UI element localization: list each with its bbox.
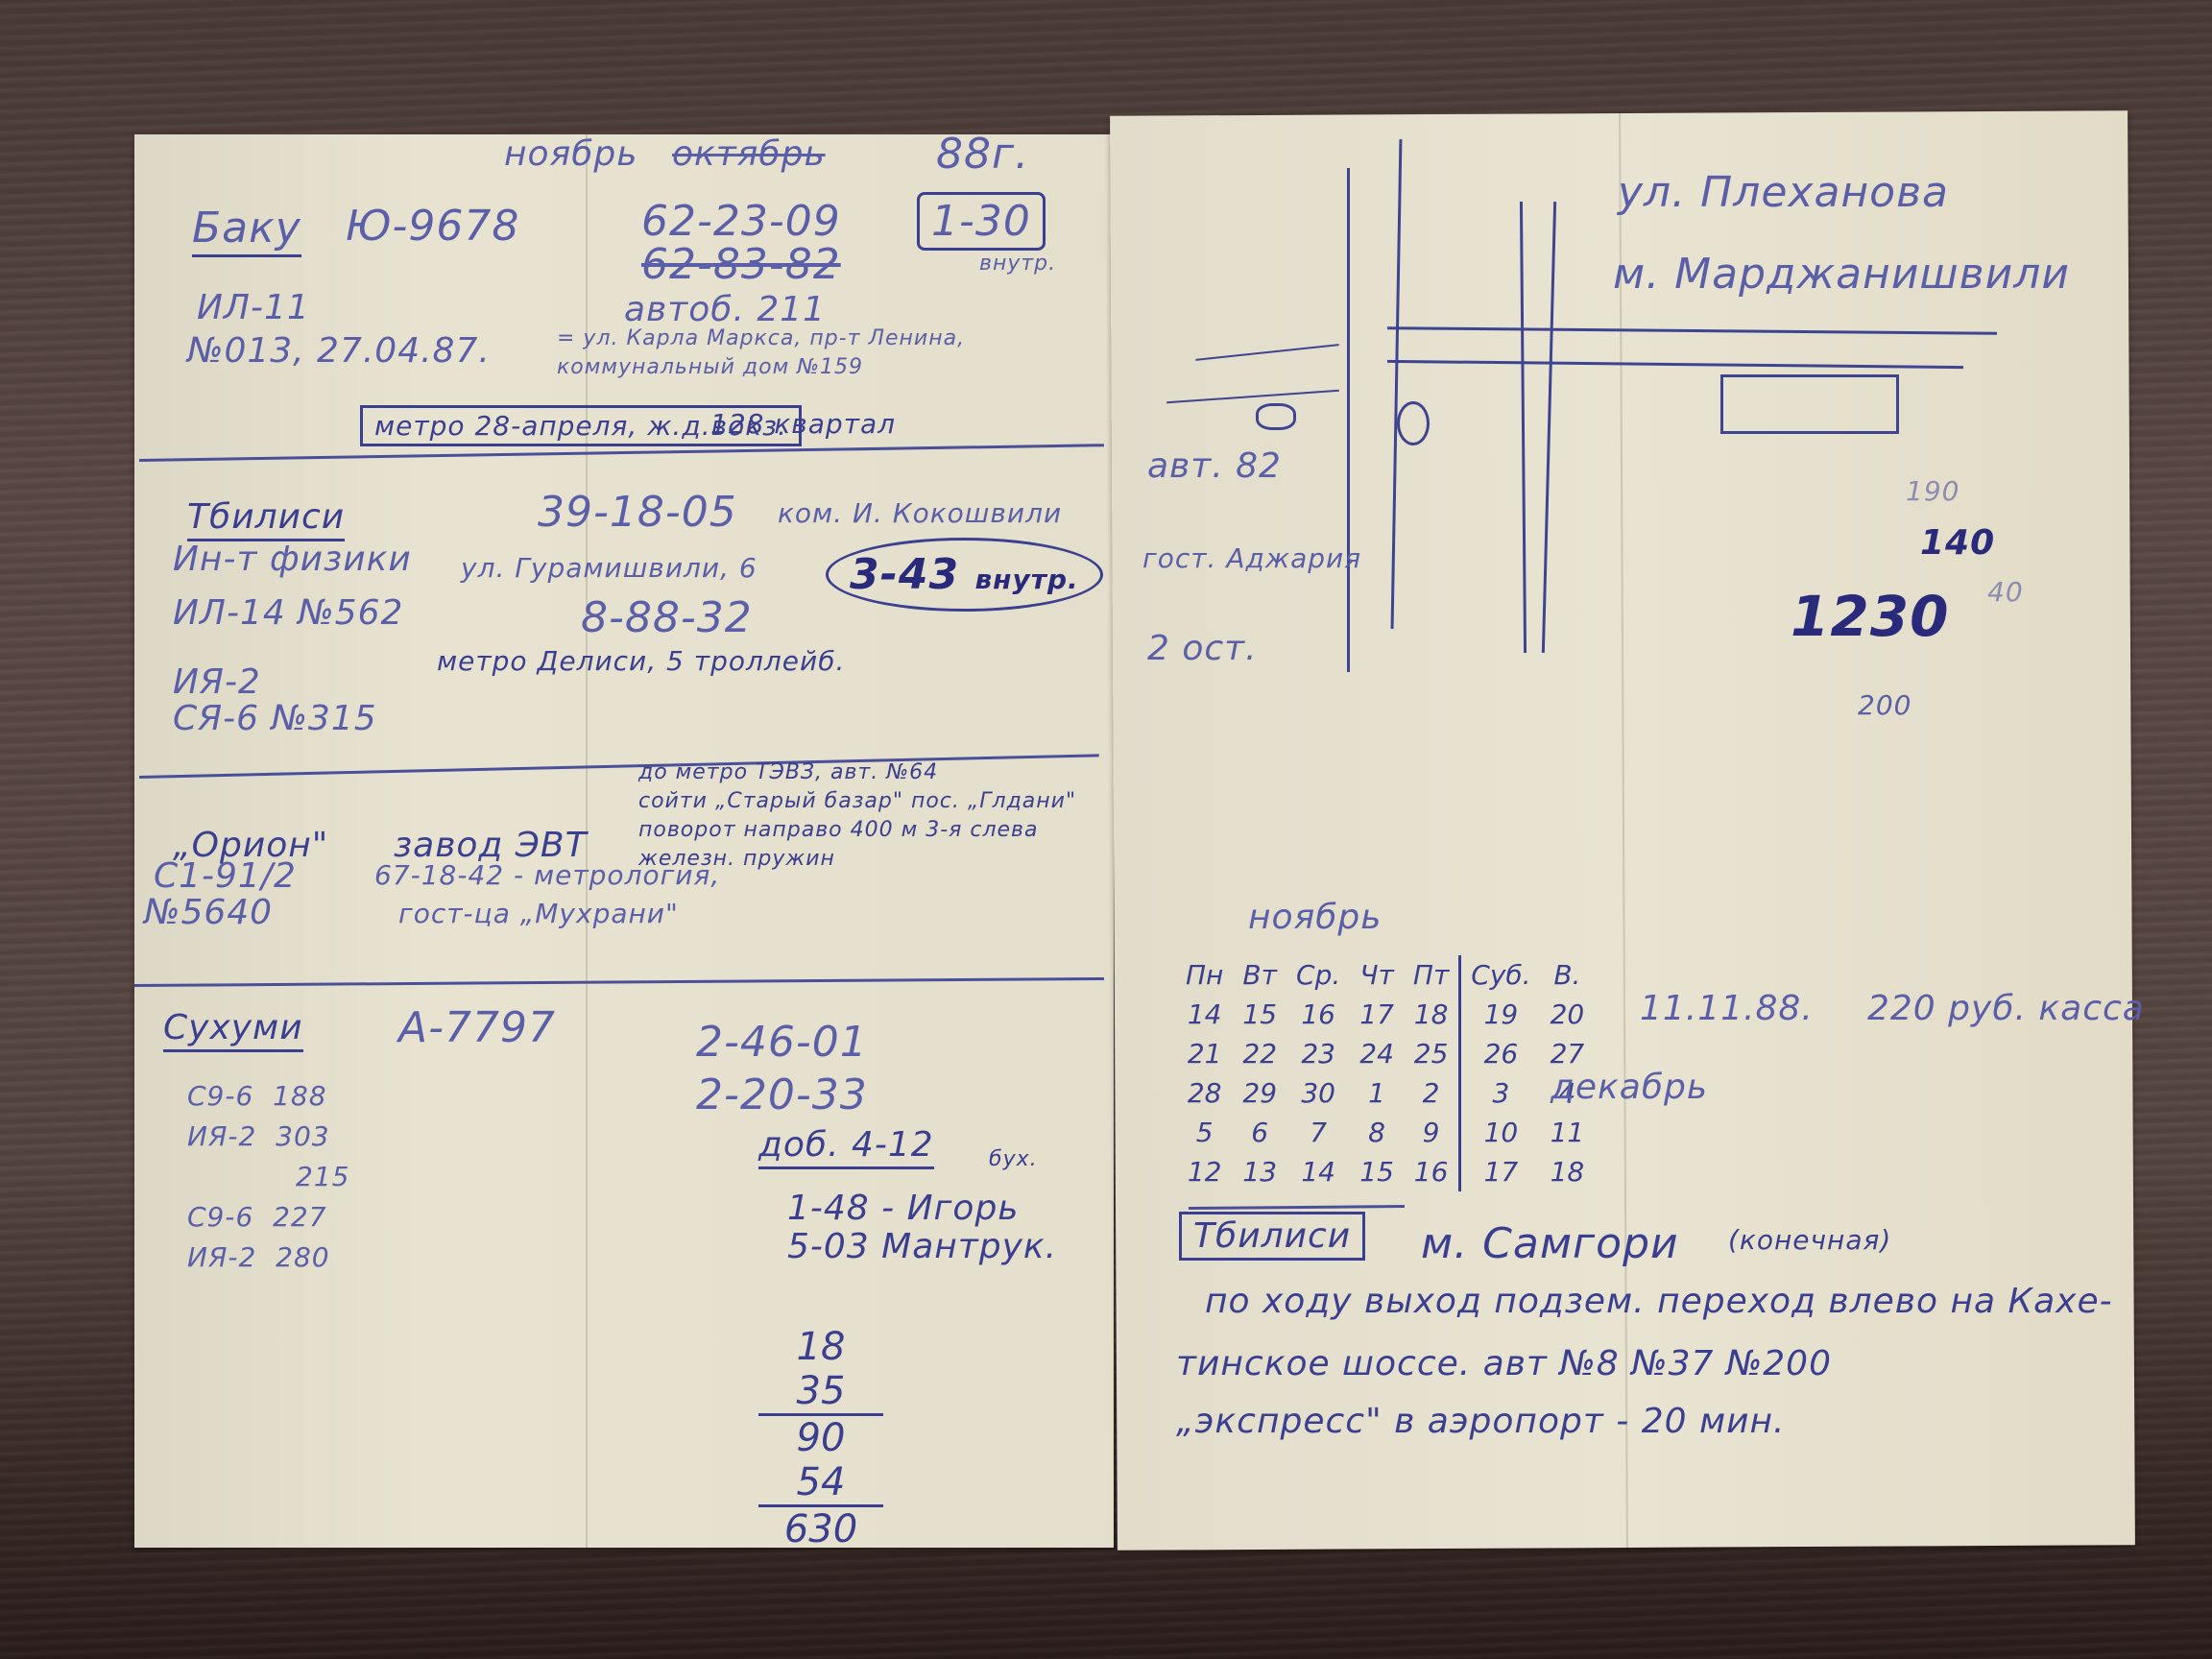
baku-bus: автоб. 211 (624, 290, 826, 329)
calendar-day: 24 (1350, 1034, 1404, 1073)
orion-route-3: поворот направо 400 м 3-я слева (638, 818, 1039, 842)
tally-190: 190 (1906, 475, 1960, 507)
baku-city: Баку (192, 204, 301, 257)
baku-phone: 62-23-09 (641, 197, 841, 246)
tally-200: 200 (1858, 689, 1911, 721)
calendar-month: ноябрь (1248, 898, 1382, 937)
entry-label: С9-6 (187, 1080, 253, 1112)
baku-extension-box: 1-30 (917, 192, 1046, 251)
calendar-week-row: 21 22 23 24 25 26 27 (1176, 1034, 1594, 1073)
calendar-day: 18 (1541, 1152, 1595, 1191)
calendar-day: 14 (1176, 995, 1233, 1034)
calendar-header: В. (1541, 955, 1595, 995)
sukhumi-contact-1: 1-48 - Игорь (787, 1189, 1020, 1228)
baku-aircraft: ИЛ-11 (197, 288, 310, 327)
baku-metro-note: 128 квартал (710, 408, 896, 440)
calendar-day: 23 (1286, 1034, 1350, 1073)
calendar-week-row: 12 13 14 15 16 17 18 (1176, 1152, 1594, 1191)
map-stop-marker (1397, 401, 1430, 445)
baku-address-1: = ул. Карла Маркса, пр-т Ленина, (557, 326, 965, 350)
calendar-day: 28 (1176, 1073, 1233, 1113)
sukhumi-entry: ИЯ-2 280 (187, 1241, 349, 1282)
map-stops-label: 2 ост. (1147, 629, 1258, 668)
tbilisi-phone: 39-18-05 (538, 488, 737, 537)
calendar-day: 16 (1286, 995, 1350, 1034)
map-hotel-label: гост. Аджария (1142, 542, 1361, 574)
calendar-week-row: 14 15 16 17 18 19 20 (1176, 995, 1594, 1034)
map-stop-marker (1256, 403, 1296, 430)
calendar-day: 20 (1541, 995, 1595, 1034)
map-road-line (1347, 168, 1350, 672)
tbilisi-oval-ext: 3-43 (850, 550, 959, 599)
calendar-header: Ср. (1286, 955, 1350, 995)
baku-phone-struck: 62-83-82 (641, 240, 841, 289)
math-line: 18 (758, 1325, 883, 1369)
baku-address-2: коммунальный дом №159 (557, 355, 863, 379)
calendar-day: 10 (1460, 1113, 1541, 1152)
baku-extension-label: внутр. (979, 252, 1056, 276)
calendar-week-row: 5 6 7 8 9 10 11 (1176, 1113, 1594, 1152)
entry-value: 303 (276, 1120, 329, 1152)
tbilisi-city: Тбилиси (187, 497, 345, 541)
sukhumi-entries: С9-6 188 ИЯ-2 303 215 С9-6 227 ИЯ-2 280 (187, 1080, 349, 1282)
calendar-day: 7 (1286, 1113, 1350, 1152)
directions-line-2: тинское шоссе. авт №8 №37 №200 (1176, 1344, 1832, 1383)
payment-amount: 220 руб. касса (1867, 989, 2145, 1028)
directions-metro: м. Самгори (1421, 1219, 1679, 1268)
orion-phone: 67-18-42 - метрология, (374, 859, 720, 891)
calendar-header: Вт (1233, 955, 1286, 995)
calendar-day: 11 (1541, 1113, 1595, 1152)
baku-code: Ю-9678 (346, 202, 519, 251)
calendar-header: Пт (1404, 955, 1460, 995)
calendar-day: 17 (1460, 1152, 1541, 1191)
tally-140: 140 (1920, 523, 1995, 563)
sukhumi-ext-note: бух. (989, 1147, 1038, 1171)
calendar-day: 15 (1233, 995, 1286, 1034)
orion-hotel: гост-ца „Мухрани" (398, 898, 679, 929)
map-metro-label: м. Марджанишвили (1613, 250, 2070, 299)
calendar-day: 21 (1176, 1034, 1233, 1073)
tally-40: 40 (1987, 576, 2024, 608)
entry-value: 188 (273, 1080, 326, 1112)
sukhumi-code: А-7797 (398, 1003, 556, 1052)
calendar-day: 29 (1233, 1073, 1286, 1113)
calendar-day: 22 (1233, 1034, 1286, 1073)
calendar-table: Пн Вт Ср. Чт Пт Суб. В. 14 15 16 17 18 1… (1176, 955, 1594, 1191)
tbilisi-institute: Ин-т физики (173, 540, 412, 579)
header-month-struck: октябрь (672, 134, 826, 174)
tbilisi-oval-extension: 3-43 внутр. (826, 538, 1103, 612)
map-street-label: ул. Плеханова (1618, 168, 1949, 217)
sukhumi-entry: С9-6 227 (187, 1201, 349, 1241)
entry-label: ИЯ-2 (187, 1120, 256, 1152)
math-line: 54 (758, 1460, 883, 1504)
tbilisi-aircraft: ИЛ-14 №562 (173, 593, 403, 633)
tbilisi-transport: метро Делиси, 5 троллейб. (437, 645, 845, 677)
sukhumi-phone-1: 2-46-01 (696, 1018, 868, 1067)
baku-number-date: №013, 27.04.87. (187, 331, 491, 371)
sukhumi-phone-2: 2-20-33 (696, 1070, 868, 1119)
orion-route-2: сойти „Старый базар" пос. „Глдани" (638, 789, 1076, 813)
directions-metro-note: (конечная) (1728, 1224, 1891, 1256)
calendar-day: 9 (1404, 1113, 1460, 1152)
directions-city-box: Тбилиси (1179, 1212, 1365, 1261)
calendar-day: 14 (1286, 1152, 1350, 1191)
calendar-week-row: 28 29 30 1 2 3 4 (1176, 1073, 1594, 1113)
calendar-day: 26 (1460, 1034, 1541, 1073)
calendar-day: 12 (1176, 1152, 1233, 1191)
orion-number: №5640 (144, 893, 273, 932)
entry-label: ИЯ-2 (187, 1241, 256, 1273)
math-line: 630 (758, 1507, 883, 1551)
directions-line-3: „экспресс" в аэропорт - 20 мин. (1176, 1402, 1785, 1441)
tbilisi-street: ул. Гурамишвили, 6 (461, 552, 757, 584)
header-year: 88г. (936, 130, 1029, 179)
calendar-day: 5 (1176, 1113, 1233, 1152)
calendar-day: 15 (1350, 1152, 1404, 1191)
tbilisi-phone-note: ком. И. Кокошвили (778, 497, 1062, 529)
calendar-day: 8 (1350, 1113, 1404, 1152)
sukhumi-entry: 215 (187, 1161, 349, 1201)
map-bus-label: авт. 82 (1147, 446, 1282, 486)
calendar-day: 13 (1233, 1152, 1286, 1191)
calendar-next-month: декабрь (1551, 1068, 1708, 1107)
entry-value: 227 (273, 1201, 326, 1233)
arithmetic-calculation: 18 35 90 54 630 (758, 1325, 883, 1551)
entry-value: 215 (296, 1161, 349, 1192)
math-line: 90 (758, 1416, 883, 1460)
orion-route-1: до метро ТЭВЗ, авт. №64 (638, 760, 938, 784)
calendar-day: 18 (1404, 995, 1460, 1034)
tbilisi-phone-2: 8-88-32 (581, 593, 753, 642)
map-building (1720, 374, 1899, 434)
calendar-header: Пн (1176, 955, 1233, 995)
right-page (1110, 110, 2135, 1551)
calendar-day: 1 (1350, 1073, 1404, 1113)
sukhumi-entry: С9-6 188 (187, 1080, 349, 1120)
calendar-day: 16 (1404, 1152, 1460, 1191)
orion-code: С1-91/2 (154, 856, 297, 896)
sukhumi-contact-2: 5-03 Мантрук. (787, 1227, 1057, 1266)
calendar-header-row: Пн Вт Ср. Чт Пт Суб. В. (1176, 955, 1594, 995)
calendar-day: 25 (1404, 1034, 1460, 1073)
calendar-day: 3 (1460, 1073, 1541, 1113)
payment-date: 11.11.88. (1640, 989, 1814, 1028)
calendar-header: Суб. (1460, 955, 1541, 995)
entry-value: 280 (276, 1241, 329, 1273)
tbilisi-oval-label: внутр. (974, 564, 1078, 595)
tally-main-1230: 1230 (1791, 584, 1949, 649)
calendar-day: 6 (1233, 1113, 1286, 1152)
sukhumi-city: Сухуми (163, 1008, 303, 1052)
calendar-day: 30 (1286, 1073, 1350, 1113)
directions-line-1: по ходу выход подзем. переход влево на К… (1205, 1282, 2113, 1321)
calendar-day: 17 (1350, 995, 1404, 1034)
tbilisi-aircraft-2: ИЯ-2 (173, 662, 261, 702)
calendar-day: 2 (1404, 1073, 1460, 1113)
tbilisi-aircraft-3: СЯ-6 №315 (173, 699, 377, 738)
entry-label: С9-6 (187, 1201, 253, 1233)
header-month: ноябрь (504, 134, 638, 174)
calendar-day: 19 (1460, 995, 1541, 1034)
calendar-header: Чт (1350, 955, 1404, 995)
math-line: 35 (758, 1369, 883, 1413)
sukhumi-ext: доб. 4-12 (758, 1125, 934, 1169)
sukhumi-entry: ИЯ-2 303 (187, 1120, 349, 1161)
